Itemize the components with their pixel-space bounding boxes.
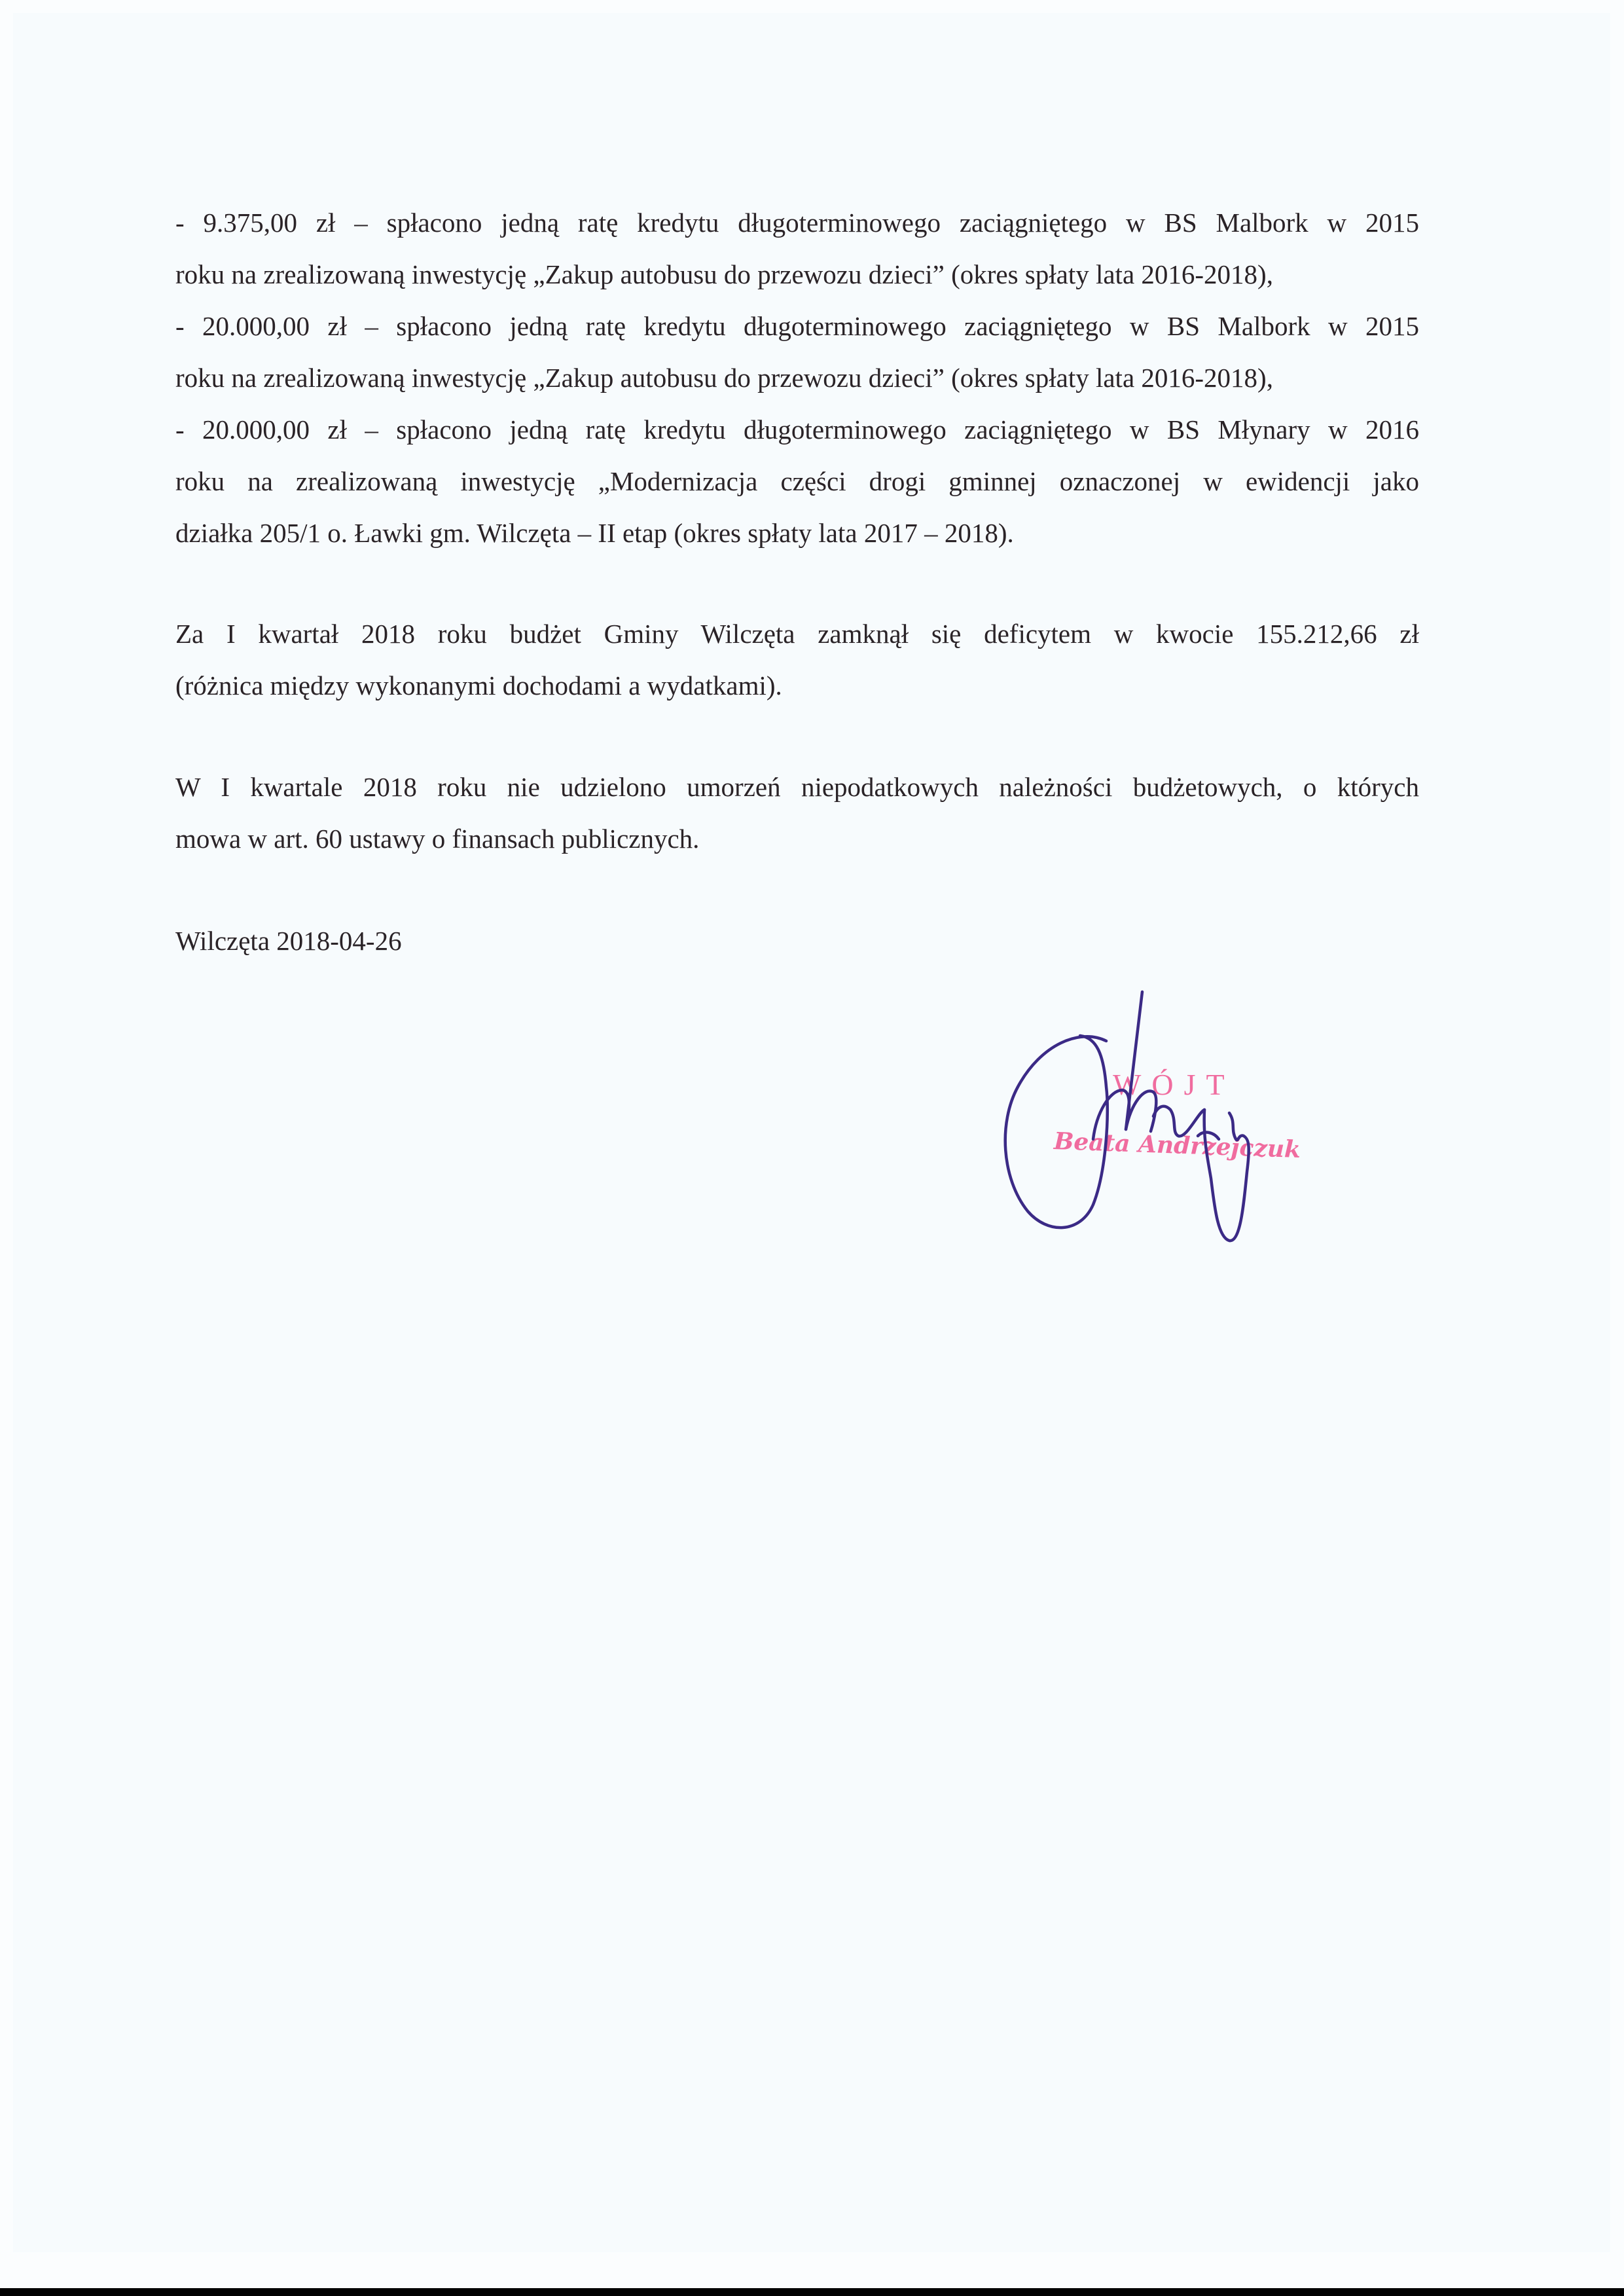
remission-paragraph-line-2: mowa w art. 60 ustawy o finansach public…: [175, 823, 1419, 854]
place-and-date: Wilczęta 2018-04-26: [175, 925, 1419, 957]
repayment-1-line-1: - 9.375,00 zł – spłacono jedną ratę kred…: [175, 207, 1419, 238]
repayment-2-line-2: roku na zrealizowaną inwestycję „Zakup a…: [175, 362, 1419, 393]
deficit-paragraph-line-1: Za I kwartał 2018 roku budżet Gminy Wilc…: [175, 618, 1419, 649]
handwritten-signature-icon: [982, 982, 1375, 1283]
repayment-2-line-1: - 20.000,00 zł – spłacono jedną ratę kre…: [175, 310, 1419, 342]
deficit-paragraph-line-2: (różnica między wykonanymi dochodami a w…: [175, 670, 1419, 701]
scan-bottom-border: [0, 2288, 1624, 2296]
repayment-1-line-2: roku na zrealizowaną inwestycję „Zakup a…: [175, 259, 1419, 290]
repayment-3-line-1: - 20.000,00 zł – spłacono jedną ratę kre…: [175, 414, 1419, 445]
remission-paragraph-line-1: W I kwartale 2018 roku nie udzielono umo…: [175, 771, 1419, 803]
signature-block: WÓJT Beata Andrzejczuk: [982, 982, 1375, 1283]
repayment-3-line-3: działka 205/1 o. Ławki gm. Wilczęta – II…: [175, 517, 1419, 549]
repayment-3-line-2: roku na zrealizowaną inwestycję „Moderni…: [175, 465, 1419, 497]
